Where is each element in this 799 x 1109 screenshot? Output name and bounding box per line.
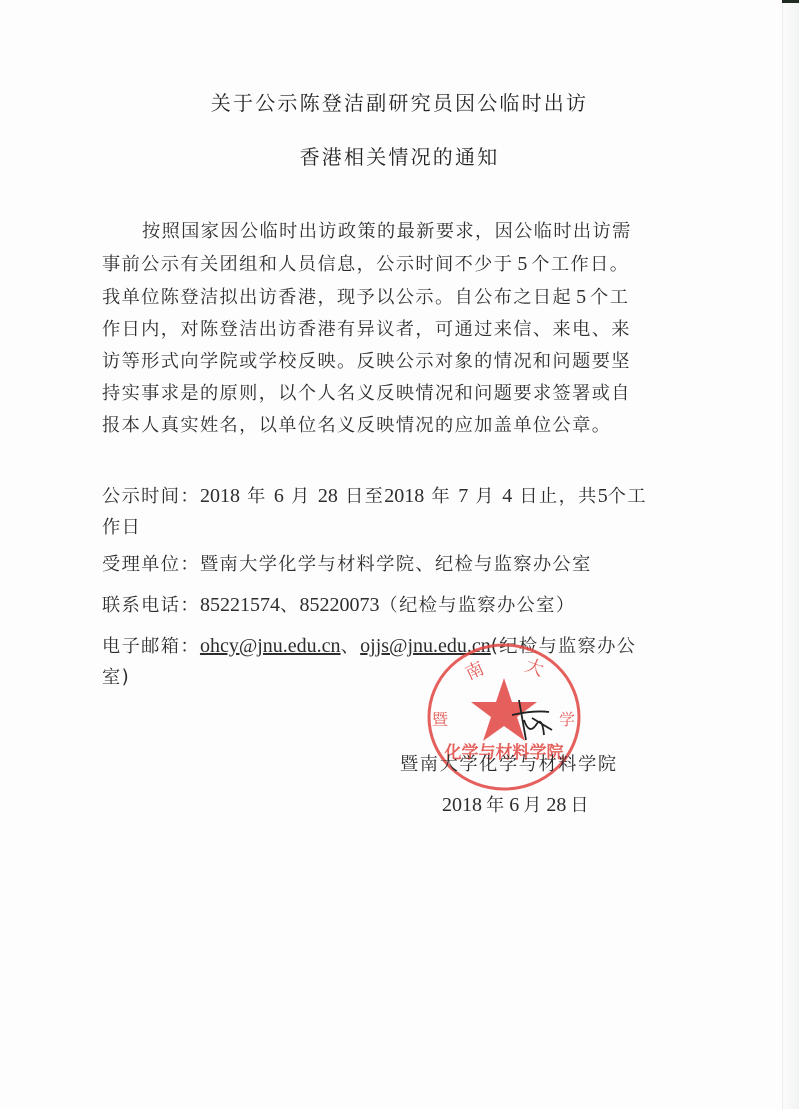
body-line: 作日内，对陈登洁出访香港有异议者，可通过来信、来电、来 [102,314,702,346]
to-word: 至 [365,486,385,507]
document-title-line2: 香港相关情况的通知 [0,141,799,170]
announcement-period-line1: 公示时间：2018 年 6 月 28 日至2018 年 7 月 4 日止，共5个… [102,481,647,512]
handling-unit-label: 受理单位： [102,554,200,575]
svg-text:南: 南 [462,657,488,685]
body-line: 我单位陈登洁拟出访香港，现予以公示。自公布之日起5个工 [102,281,702,314]
body-text-segment: 我单位陈登洁拟出访香港，现予以公示。自公布之日起 [102,287,572,308]
unit-month: 月 [475,486,495,507]
signature-date: 2018年6月28日 [438,791,590,817]
signature-organization: 暨南大学化学与材料学院 [400,750,618,776]
end-year: 2018 [384,485,424,507]
total-days: 5 [598,485,608,507]
suffix: 个工 [608,486,647,507]
announcement-period: 公示时间：2018 年 6 月 28 日至2018 年 7 月 4 日止，共5个… [102,481,647,543]
body-text-segment: 个工 [590,287,629,308]
signature-month: 6 [509,794,519,816]
phone-separator: 、 [280,595,300,616]
scan-corner-mark [782,0,799,3]
contact-phone: 联系电话：85221574、85220073（纪检与监察办公室） [102,590,575,621]
body-line: 事前公示有关团组和人员信息，公示时间不少于5个工作日。 [102,248,702,281]
signature-day: 28 [546,794,566,816]
signature-year: 2018 [442,794,482,816]
body-number: 5 [517,253,527,275]
svg-text:学: 学 [559,710,575,729]
svg-text:大: 大 [522,655,546,681]
email-separator: 、 [341,636,361,657]
unit-year: 年 [247,486,267,507]
body-text-segment: 个工作日。 [531,254,629,275]
unit-month: 月 [291,486,311,507]
unit-day: 日 [519,486,539,507]
start-month: 6 [274,485,284,507]
body-line: 持实事求是的原则，以个人名义反映情况和问题要求签署或自 [102,378,702,410]
stop-word: 止，共 [539,486,598,507]
body-number: 5 [576,286,586,308]
document-title-line1: 关于公示陈登洁副研究员因公临时出访 [0,87,799,116]
start-year: 2018 [200,485,240,507]
unit-year: 年 [486,795,505,816]
handling-unit: 受理单位：暨南大学化学与材料学院、纪检与监察办公室 [102,549,592,580]
body-line: 按照国家因公临时出访政策的最新要求，因公临时出访需 [102,216,702,248]
body-line: 报本人真实姓名，以单位名义反映情况的应加盖单位公章。 [102,410,702,442]
unit-day: 日 [570,795,589,816]
announcement-period-label: 公示时间： [102,486,200,507]
end-month: 7 [458,485,468,507]
phone-number-2: 85220073 [300,594,380,616]
unit-year: 年 [431,486,451,507]
end-day: 4 [502,485,512,507]
email-label: 电子邮箱： [102,636,200,657]
unit-day: 日 [345,486,365,507]
email-link-1[interactable]: ohcy@jnu.edu.cn [200,635,341,657]
phone-number-1: 85221574 [200,594,280,616]
body-text-segment: 事前公示有关团组和人员信息，公示时间不少于 [102,254,513,275]
body-line: 访等形式向学院或学校反映。反映公示对象的情况和问题要坚 [102,346,702,378]
body-paragraph: 按照国家因公临时出访政策的最新要求，因公临时出访需 事前公示有关团组和人员信息，… [102,216,702,442]
unit-month: 月 [523,795,542,816]
handling-unit-value: 暨南大学化学与材料学院、纪检与监察办公室 [200,554,592,575]
phone-note: （纪检与监察办公室） [380,595,576,616]
announcement-period-line2: 作日 [102,512,647,543]
contact-phone-label: 联系电话： [102,595,200,616]
svg-text:暨: 暨 [432,710,448,729]
start-day: 28 [318,485,338,507]
